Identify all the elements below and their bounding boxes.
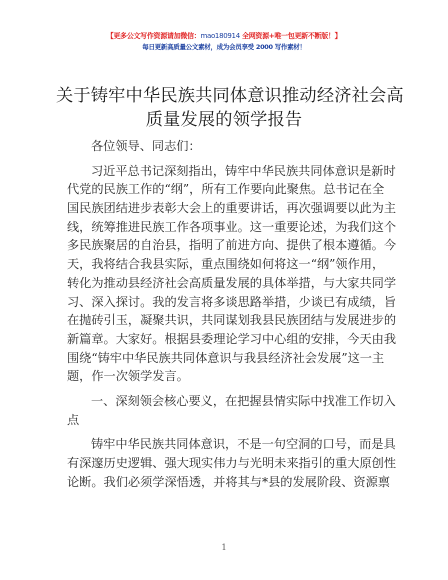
promo-banner-prefix: 【更多公文写作资源请加微信： xyxy=(107,32,201,40)
paragraph-line: 新篇章。大家好。根据县委理论学习中心组的安排，今天由我 xyxy=(67,330,383,349)
paragraph-line: 习、深入探讨。我的发言将多谈思路举措，少谈已有成绩，旨 xyxy=(67,293,383,312)
promo-banner-suffix: 全网资源+唯一包更新不断版！】 xyxy=(240,32,342,40)
title-line-1: 关于铸牢中华民族共同体意识推动经济社会高 xyxy=(56,84,392,108)
paragraph-line: 围绕“铸牢中华民族共同体意识与我县经济社会发展”这一主 xyxy=(67,349,383,368)
paragraph-line: 论断。我们必须学深悟透，并将其与*县的发展阶段、资源禀 xyxy=(67,473,383,492)
paragraph-line: 题，作一次领学发言。 xyxy=(67,367,383,386)
section-heading-1: 一、深刻领会核心要义，在把握县情实际中找准工作切入 点 xyxy=(67,392,383,429)
heading-line: 点 xyxy=(67,411,383,430)
paragraph-line: 多民族聚居的自治县，指明了前进方向、提供了根本遵循。今 xyxy=(67,236,383,255)
paragraph-line: 转化为推动县经济社会高质量发展的具体举措，与大家共同学 xyxy=(67,274,383,293)
page-number: 1 xyxy=(0,543,448,552)
paragraph-intro: 习近平总书记深刻指出，铸牢中华民族共同体意识是新时 代党的民族工作的“纲”，所有… xyxy=(67,162,383,386)
document-body: 各位领导、同志们： 习近平总书记深刻指出，铸牢中华民族共同体意识是新时 代党的民… xyxy=(67,137,383,491)
heading-line: 一、深刻领会核心要义，在把握县情实际中找准工作切入 xyxy=(67,392,383,411)
document-title: 关于铸牢中华民族共同体意识推动经济社会高 质量发展的领学报告 xyxy=(56,84,392,132)
paragraph-line: 习近平总书记深刻指出，铸牢中华民族共同体意识是新时 xyxy=(67,162,383,181)
paragraph-line: 有深邃历史逻辑、强大现实伟力与光明未来指引的重大原创性 xyxy=(67,454,383,473)
paragraph-section-1: 铸牢中华民族共同体意识，不是一句空洞的口号，而是具 有深邃历史逻辑、强大现实伟力… xyxy=(67,435,383,491)
paragraph-line: 在抛砖引玉，凝聚共识，共同谋划我县民族团结与发展进步的 xyxy=(67,311,383,330)
paragraph-line: 国民族团结进步表彰大会上的重要讲话，再次强调要以此为主 xyxy=(67,199,383,218)
document-page: 【更多公文写作资源请加微信：mao180914 全网资源+唯一包更新不断版！】 … xyxy=(0,0,448,580)
paragraph-line: 线，统筹推进民族工作各项事业。这一重要论述，为我们这个 xyxy=(67,218,383,237)
promo-banner-line-1: 【更多公文写作资源请加微信：mao180914 全网资源+唯一包更新不断版！】 xyxy=(0,31,448,41)
promo-banner-contact: mao180914 xyxy=(200,32,239,40)
paragraph-line: 天，我将结合我县实际，重点围绕如何将这一“纲”领作用， xyxy=(67,255,383,274)
paragraph-line: 铸牢中华民族共同体意识，不是一句空洞的口号，而是具 xyxy=(67,435,383,454)
salutation: 各位领导、同志们： xyxy=(67,137,383,156)
paragraph-line: 代党的民族工作的“纲”，所有工作要向此聚焦。总书记在全 xyxy=(67,180,383,199)
title-line-2: 质量发展的领学报告 xyxy=(56,108,392,132)
promo-banner-line-2: 每日更新高质量公文素材，成为会员享受 2000 写作素材！ xyxy=(0,42,448,51)
